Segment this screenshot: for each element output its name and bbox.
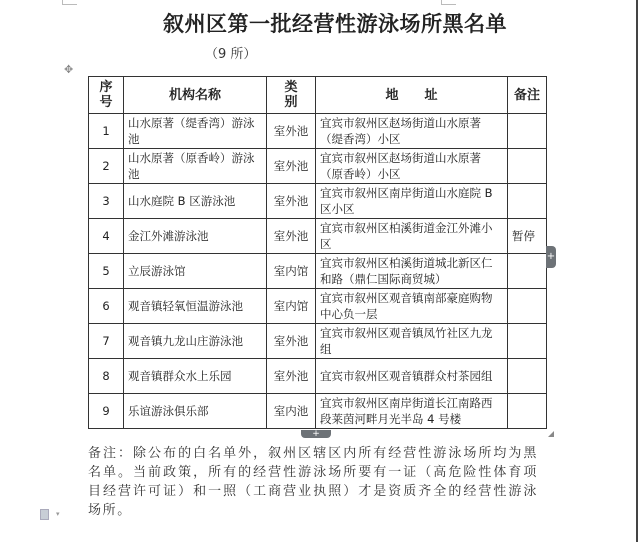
cell-name: 山水原著（缇香湾）游泳池: [124, 114, 267, 149]
cell-seq: 1: [89, 114, 124, 149]
cell-address: 宜宾市叙州区南岸街道长江南路西段莱茵河畔月光半岛 4 号楼: [316, 394, 508, 429]
document-title: 叙州区第一批经营性游泳场所黑名单: [0, 8, 640, 38]
cell-seq: 4: [89, 219, 124, 254]
table-row: 3 山水庭院 B 区游泳池 室外池 宜宾市叙州区南岸街道山水庭院 B 区小区: [89, 184, 547, 219]
add-row-button[interactable]: +: [301, 430, 331, 438]
table-row: 4 金江外滩游泳池 室外池 宜宾市叙州区柏溪街道金江外滩小区 暂停: [89, 219, 547, 254]
header-type: 类别: [267, 77, 316, 114]
cell-name: 山水原著（原香岭）游泳池: [124, 149, 267, 184]
cell-name: 观音镇群众水上乐园: [124, 359, 267, 394]
cell-remark: [508, 359, 547, 394]
cell-name: 山水庭院 B 区游泳池: [124, 184, 267, 219]
table-row: 7 观音镇九龙山庄游泳池 室外池 宜宾市叙州区观音镇凤竹社区九龙组: [89, 324, 547, 359]
cell-type: 室外池: [267, 359, 316, 394]
table-header-row: 序号 机构名称 类别 地 址 备注: [89, 77, 547, 114]
blacklist-table: 序号 机构名称 类别 地 址 备注 1 山水原著（缇香湾）游泳池 室外池 宜宾市…: [88, 76, 547, 429]
table-row: 1 山水原著（缇香湾）游泳池 室外池 宜宾市叙州区赵场街道山水原著（缇香湾）小区: [89, 114, 547, 149]
cell-name: 观音镇轻氧恒温游泳池: [124, 289, 267, 324]
cell-address: 宜宾市叙州区柏溪街道城北新区仁和路（鼎仁国际商贸城）: [316, 254, 508, 289]
cell-type: 室外池: [267, 219, 316, 254]
cell-type: 室内馆: [267, 254, 316, 289]
table-row: 9 乐谊游泳俱乐部 室内池 宜宾市叙州区南岸街道长江南路西段莱茵河畔月光半岛 4…: [89, 394, 547, 429]
cell-address: 宜宾市叙州区赵场街道山水原著（原香岭）小区: [316, 149, 508, 184]
cell-remark: [508, 254, 547, 289]
cell-remark: [508, 324, 547, 359]
header-remark: 备注: [508, 77, 547, 114]
table-row: 6 观音镇轻氧恒温游泳池 室内馆 宜宾市叙州区观音镇南部豪庭购物中心负一层: [89, 289, 547, 324]
header-address: 地 址: [316, 77, 508, 114]
cell-seq: 2: [89, 149, 124, 184]
cell-type: 室外池: [267, 114, 316, 149]
cell-name: 乐谊游泳俱乐部: [124, 394, 267, 429]
cell-remark: [508, 184, 547, 219]
table-row: 2 山水原著（原香岭）游泳池 室外池 宜宾市叙州区赵场街道山水原著（原香岭）小区: [89, 149, 547, 184]
cell-type: 室内馆: [267, 289, 316, 324]
cell-type: 室外池: [267, 184, 316, 219]
cell-seq: 5: [89, 254, 124, 289]
table-row: 5 立辰游泳馆 室内馆 宜宾市叙州区柏溪街道城北新区仁和路（鼎仁国际商贸城）: [89, 254, 547, 289]
document-subtitle: （9 所）: [205, 43, 256, 62]
cell-remark: [508, 114, 547, 149]
header-seq: 序号: [89, 77, 124, 114]
cell-seq: 8: [89, 359, 124, 394]
add-column-button[interactable]: +: [546, 246, 556, 268]
cell-name: 立辰游泳馆: [124, 254, 267, 289]
cell-remark: [508, 289, 547, 324]
note-paragraph: 备注：除公布的白名单外，叙州区辖区内所有经营性游泳场所均为黑名单。当前政策，所有…: [88, 444, 538, 520]
margin-corner-mark-left: [62, 0, 77, 5]
cell-address: 宜宾市叙州区赵场街道山水原著（缇香湾）小区: [316, 114, 508, 149]
cell-address: 宜宾市叙州区观音镇南部豪庭购物中心负一层: [316, 289, 508, 324]
table-move-handle-icon[interactable]: ✥: [64, 64, 76, 76]
cell-address: 宜宾市叙州区观音镇凤竹社区九龙组: [316, 324, 508, 359]
cell-type: 室内池: [267, 394, 316, 429]
cell-remark: [508, 394, 547, 429]
table-resize-handle-icon[interactable]: [548, 431, 554, 437]
cell-seq: 7: [89, 324, 124, 359]
cell-address: 宜宾市叙州区柏溪街道金江外滩小区: [316, 219, 508, 254]
cell-seq: 9: [89, 394, 124, 429]
cell-address: 宜宾市叙州区观音镇群众村茶园组: [316, 359, 508, 394]
cell-remark: 暂停: [508, 219, 547, 254]
cell-remark: [508, 149, 547, 184]
header-name: 机构名称: [124, 77, 267, 114]
cell-type: 室外池: [267, 149, 316, 184]
table-row: 8 观音镇群众水上乐园 室外池 宜宾市叙州区观音镇群众村茶园组: [89, 359, 547, 394]
cell-seq: 3: [89, 184, 124, 219]
page-edge: [636, 0, 638, 542]
cell-type: 室外池: [267, 324, 316, 359]
chevron-down-icon[interactable]: ▾: [56, 510, 60, 518]
document-page: 叙州区第一批经营性游泳场所黑名单 （9 所） ✥ 序号 机构名称 类别 地 址 …: [0, 0, 640, 542]
paste-options-icon[interactable]: [40, 509, 49, 520]
margin-corner-mark-right: [441, 0, 456, 5]
cell-name: 观音镇九龙山庄游泳池: [124, 324, 267, 359]
cell-name: 金江外滩游泳池: [124, 219, 267, 254]
cell-address: 宜宾市叙州区南岸街道山水庭院 B 区小区: [316, 184, 508, 219]
cell-seq: 6: [89, 289, 124, 324]
